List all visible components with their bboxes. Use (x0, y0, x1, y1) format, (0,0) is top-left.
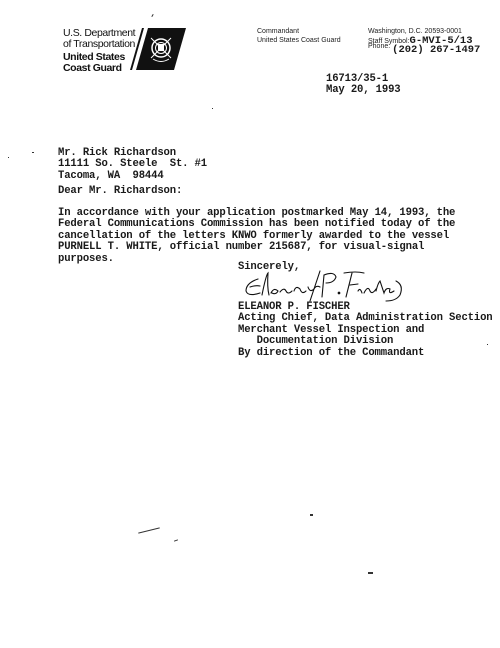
scan-artifact (368, 572, 373, 574)
signature-block: ELEANOR P. FISCHER Acting Chief, Data Ad… (238, 302, 493, 359)
scan-artifact (8, 157, 9, 158)
recipient-city: Tacoma, WA 98444 (58, 171, 207, 182)
signer-authority: By direction of the Commandant (238, 348, 493, 359)
department-line-2: of Transportation (63, 39, 135, 50)
office-header: Commandant United States Coast Guard (257, 28, 341, 45)
office-line-1: Commandant (257, 28, 341, 37)
letter-date: May 20, 1993 (326, 85, 401, 96)
scan-artifact (151, 14, 153, 17)
address-header: Washington, D.C. 20593-0001 Staff Symbol… (368, 28, 480, 53)
scan-artifact (212, 108, 213, 109)
coast-guard-emblem-icon (128, 28, 186, 70)
scan-artifact (174, 539, 178, 541)
office-line-2: United States Coast Guard (257, 37, 341, 46)
reference-block: 16713/35-1 May 20, 1993 (326, 74, 401, 97)
department-name: U.S. Department of Transportation (63, 28, 135, 50)
signer-division-cont: Documentation Division (238, 336, 493, 347)
phone: Phone: (202) 267-1497 (368, 43, 480, 53)
phone-label: Phone: (368, 43, 390, 50)
agency-name: United States Coast Guard (63, 52, 125, 74)
letter-body: In accordance with your application post… (58, 208, 488, 265)
scan-artifact (32, 152, 34, 153)
scan-artifact (487, 344, 488, 345)
phone-value: (202) 267-1497 (392, 44, 480, 56)
agency-line-2: Coast Guard (63, 63, 125, 74)
salutation: Dear Mr. Richardson: (58, 186, 182, 197)
scan-artifact (310, 514, 313, 516)
scan-artifact (138, 527, 160, 533)
body-line: PURNELL T. WHITE, official number 215687… (58, 242, 488, 253)
recipient-address: Mr. Rick Richardson 11111 So. Steele St.… (58, 148, 207, 182)
handwritten-signature (236, 267, 406, 303)
